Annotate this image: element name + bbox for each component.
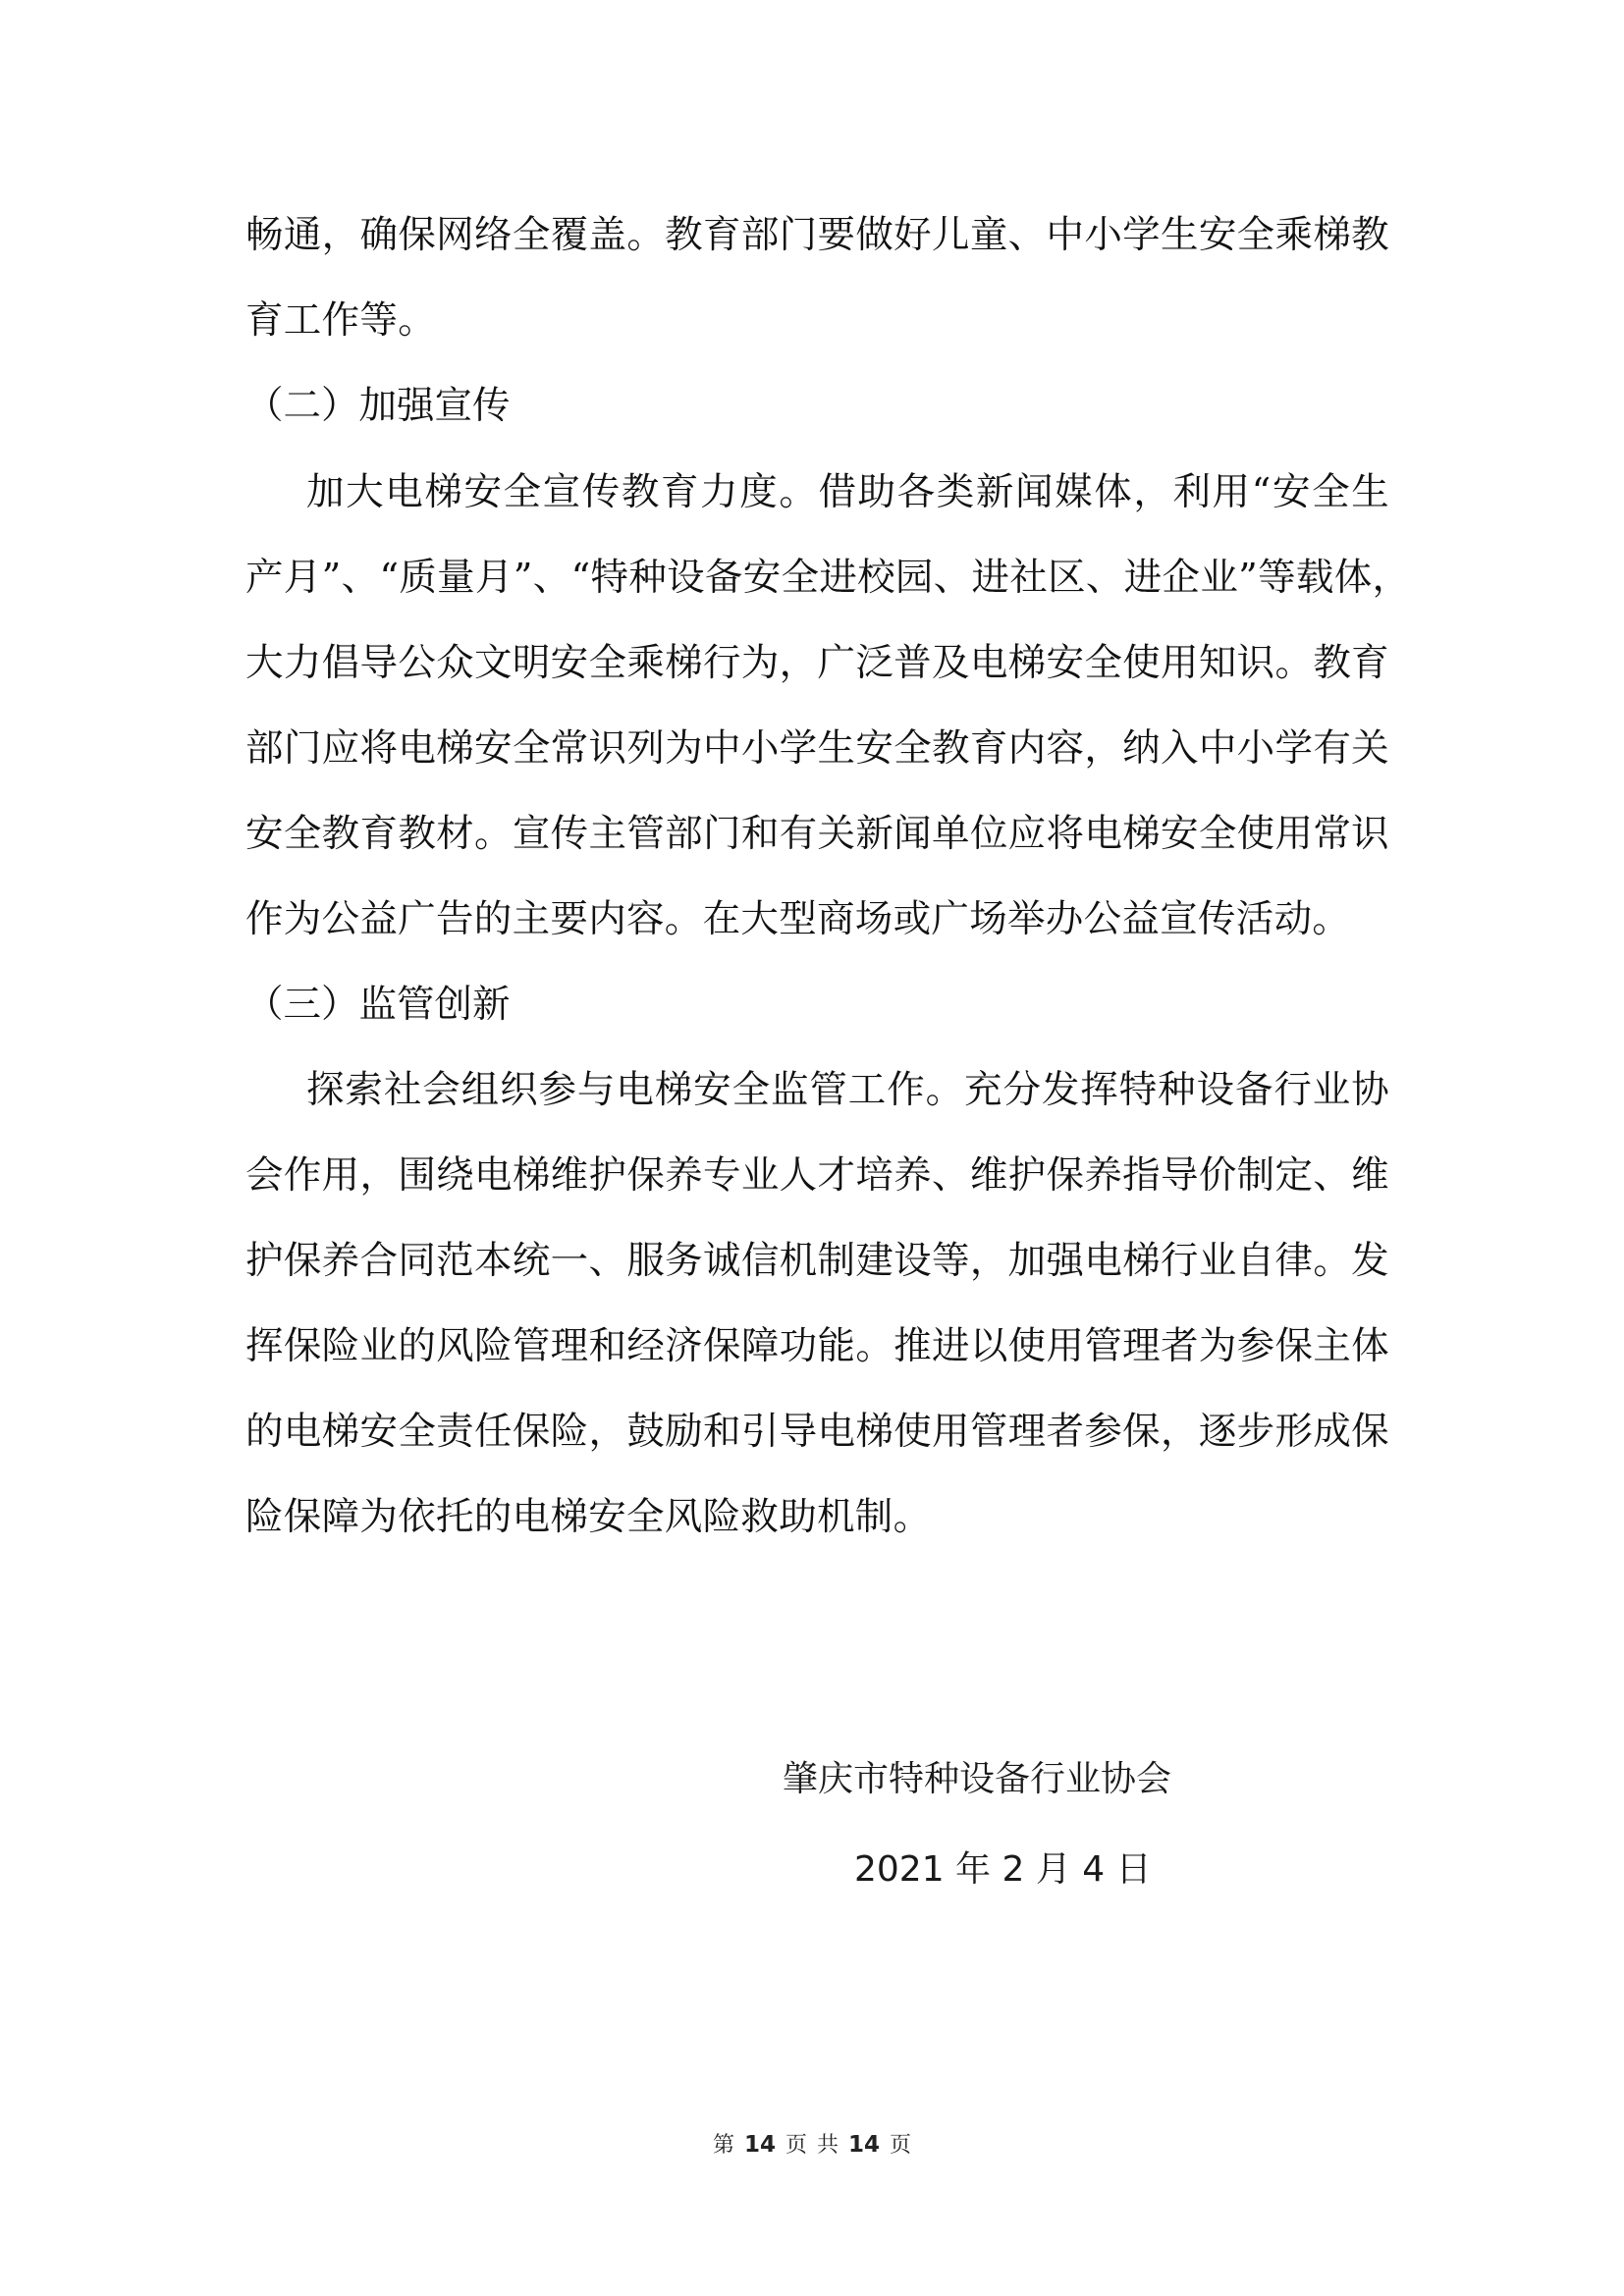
paragraph-line: 探索社会组织参与电梯安全监管工作。充分发挥特种设备行业协 — [245, 1066, 1389, 1115]
paragraph-line: 产月”、“质量月”、“特种设备安全进校园、进社区、进企业”等载体， — [245, 554, 1389, 603]
footer-page-word: 页 — [890, 2133, 911, 2158]
section-heading: （三）监管创新 — [245, 981, 511, 1030]
signature-date: 2021 年 2 月 4 日 — [854, 1847, 1152, 1893]
paragraph-line: 挥保险业的风险管理和经济保障功能。推进以使用管理者为参保主体 — [245, 1322, 1389, 1371]
paragraph-line: 畅通，确保网络全覆盖。教育部门要做好儿童、中小学生安全乘梯教 — [245, 211, 1389, 260]
current-page-number: 14 — [744, 2132, 776, 2158]
page-footer: 第14页共14页 — [0, 2130, 1624, 2161]
paragraph-line: 的电梯安全责任保险，鼓励和引导电梯使用管理者参保，逐步形成保 — [245, 1408, 1389, 1457]
paragraph-line: 护保养合同范本统一、服务诚信机制建设等，加强电梯行业自律。发 — [245, 1237, 1389, 1286]
section-heading: （二）加强宣传 — [245, 382, 511, 431]
footer-page-word: 页 — [785, 2133, 807, 2158]
paragraph-line: 部门应将电梯安全常识列为中小学生安全教育内容，纳入中小学有关 — [245, 724, 1389, 774]
document-page: 畅通，确保网络全覆盖。教育部门要做好儿童、中小学生安全乘梯教 育工作等。 （二）… — [0, 0, 1624, 2296]
footer-total-prefix: 共 — [817, 2133, 839, 2158]
paragraph-line: 育工作等。 — [245, 296, 1389, 346]
footer-prefix: 第 — [713, 2133, 734, 2158]
paragraph-line: 安全教育教材。宣传主管部门和有关新闻单位应将电梯安全使用常识 — [245, 810, 1389, 859]
total-page-count: 14 — [848, 2132, 880, 2158]
paragraph-line: 会作用，围绕电梯维护保养专业人才培养、维护保养指导价制定、维 — [245, 1151, 1389, 1201]
paragraph-line: 作为公益广告的主要内容。在大型商场或广场举办公益宣传活动。 — [245, 895, 1389, 944]
paragraph-line: 加大电梯安全宣传教育力度。借助各类新闻媒体，利用“安全生 — [245, 468, 1389, 517]
signature-organization: 肇庆市特种设备行业协会 — [783, 1757, 1171, 1802]
paragraph-line: 险保障为依托的电梯安全风险救助机制。 — [245, 1493, 1389, 1542]
paragraph-line: 大力倡导公众文明安全乘梯行为，广泛普及电梯安全使用知识。教育 — [245, 639, 1389, 688]
